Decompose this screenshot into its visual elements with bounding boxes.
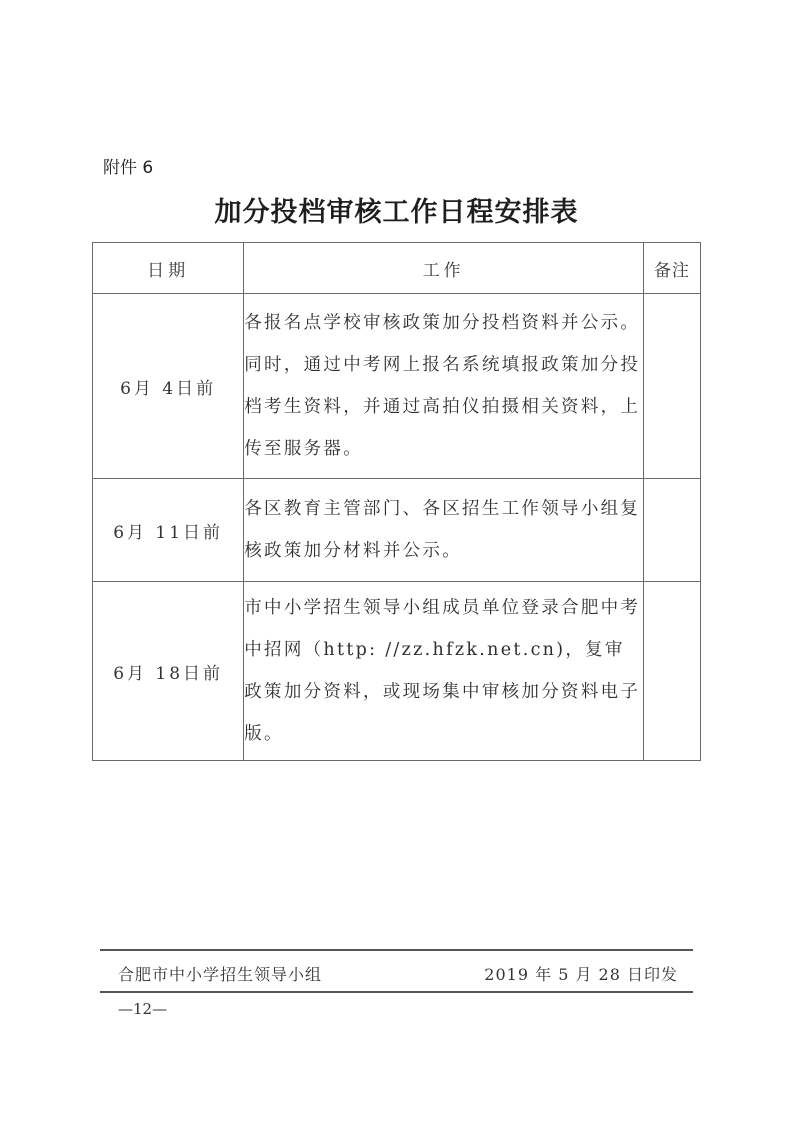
row-date: 6月 18日前 xyxy=(93,582,244,761)
row-note xyxy=(643,294,700,479)
table-row: 6月 18日前 市中小学招生领导小组成员单位登录合肥中考中招网（http: //… xyxy=(93,582,701,761)
footer-bottom-rule xyxy=(100,991,693,993)
schedule-table: 日期 工作 备注 6月 4日前 各报名点学校审核政策加分投档资料并公示。同时，通… xyxy=(92,242,701,761)
row-work: 各区教育主管部门、各区招生工作领导小组复核政策加分材料并公示。 xyxy=(244,479,644,582)
document-title: 加分投档审核工作日程安排表 xyxy=(0,190,793,229)
page-number: —12— xyxy=(118,1000,167,1018)
footer-issue-date: 2019 年 5 月 28 日印发 xyxy=(484,962,678,985)
row-work: 各报名点学校审核政策加分投档资料并公示。同时，通过中考网上报名系统填报政策加分投… xyxy=(244,294,644,479)
footer-top-rule xyxy=(100,949,693,951)
footer-issuer: 合肥市中小学招生领导小组 xyxy=(118,962,322,985)
row-date: 6月 11日前 xyxy=(93,479,244,582)
table-row: 6月 4日前 各报名点学校审核政策加分投档资料并公示。同时，通过中考网上报名系统… xyxy=(93,294,701,479)
row-work: 市中小学招生领导小组成员单位登录合肥中考中招网（http: //zz.hfzk.… xyxy=(244,582,644,761)
header-date: 日期 xyxy=(93,243,244,294)
row-note xyxy=(643,582,700,761)
table-row: 6月 11日前 各区教育主管部门、各区招生工作领导小组复核政策加分材料并公示。 xyxy=(93,479,701,582)
table-header-row: 日期 工作 备注 xyxy=(93,243,701,294)
row-date: 6月 4日前 xyxy=(93,294,244,479)
row-note xyxy=(643,479,700,582)
attachment-label: 附件 6 xyxy=(103,153,153,178)
header-note: 备注 xyxy=(643,243,700,294)
header-work: 工作 xyxy=(244,243,644,294)
